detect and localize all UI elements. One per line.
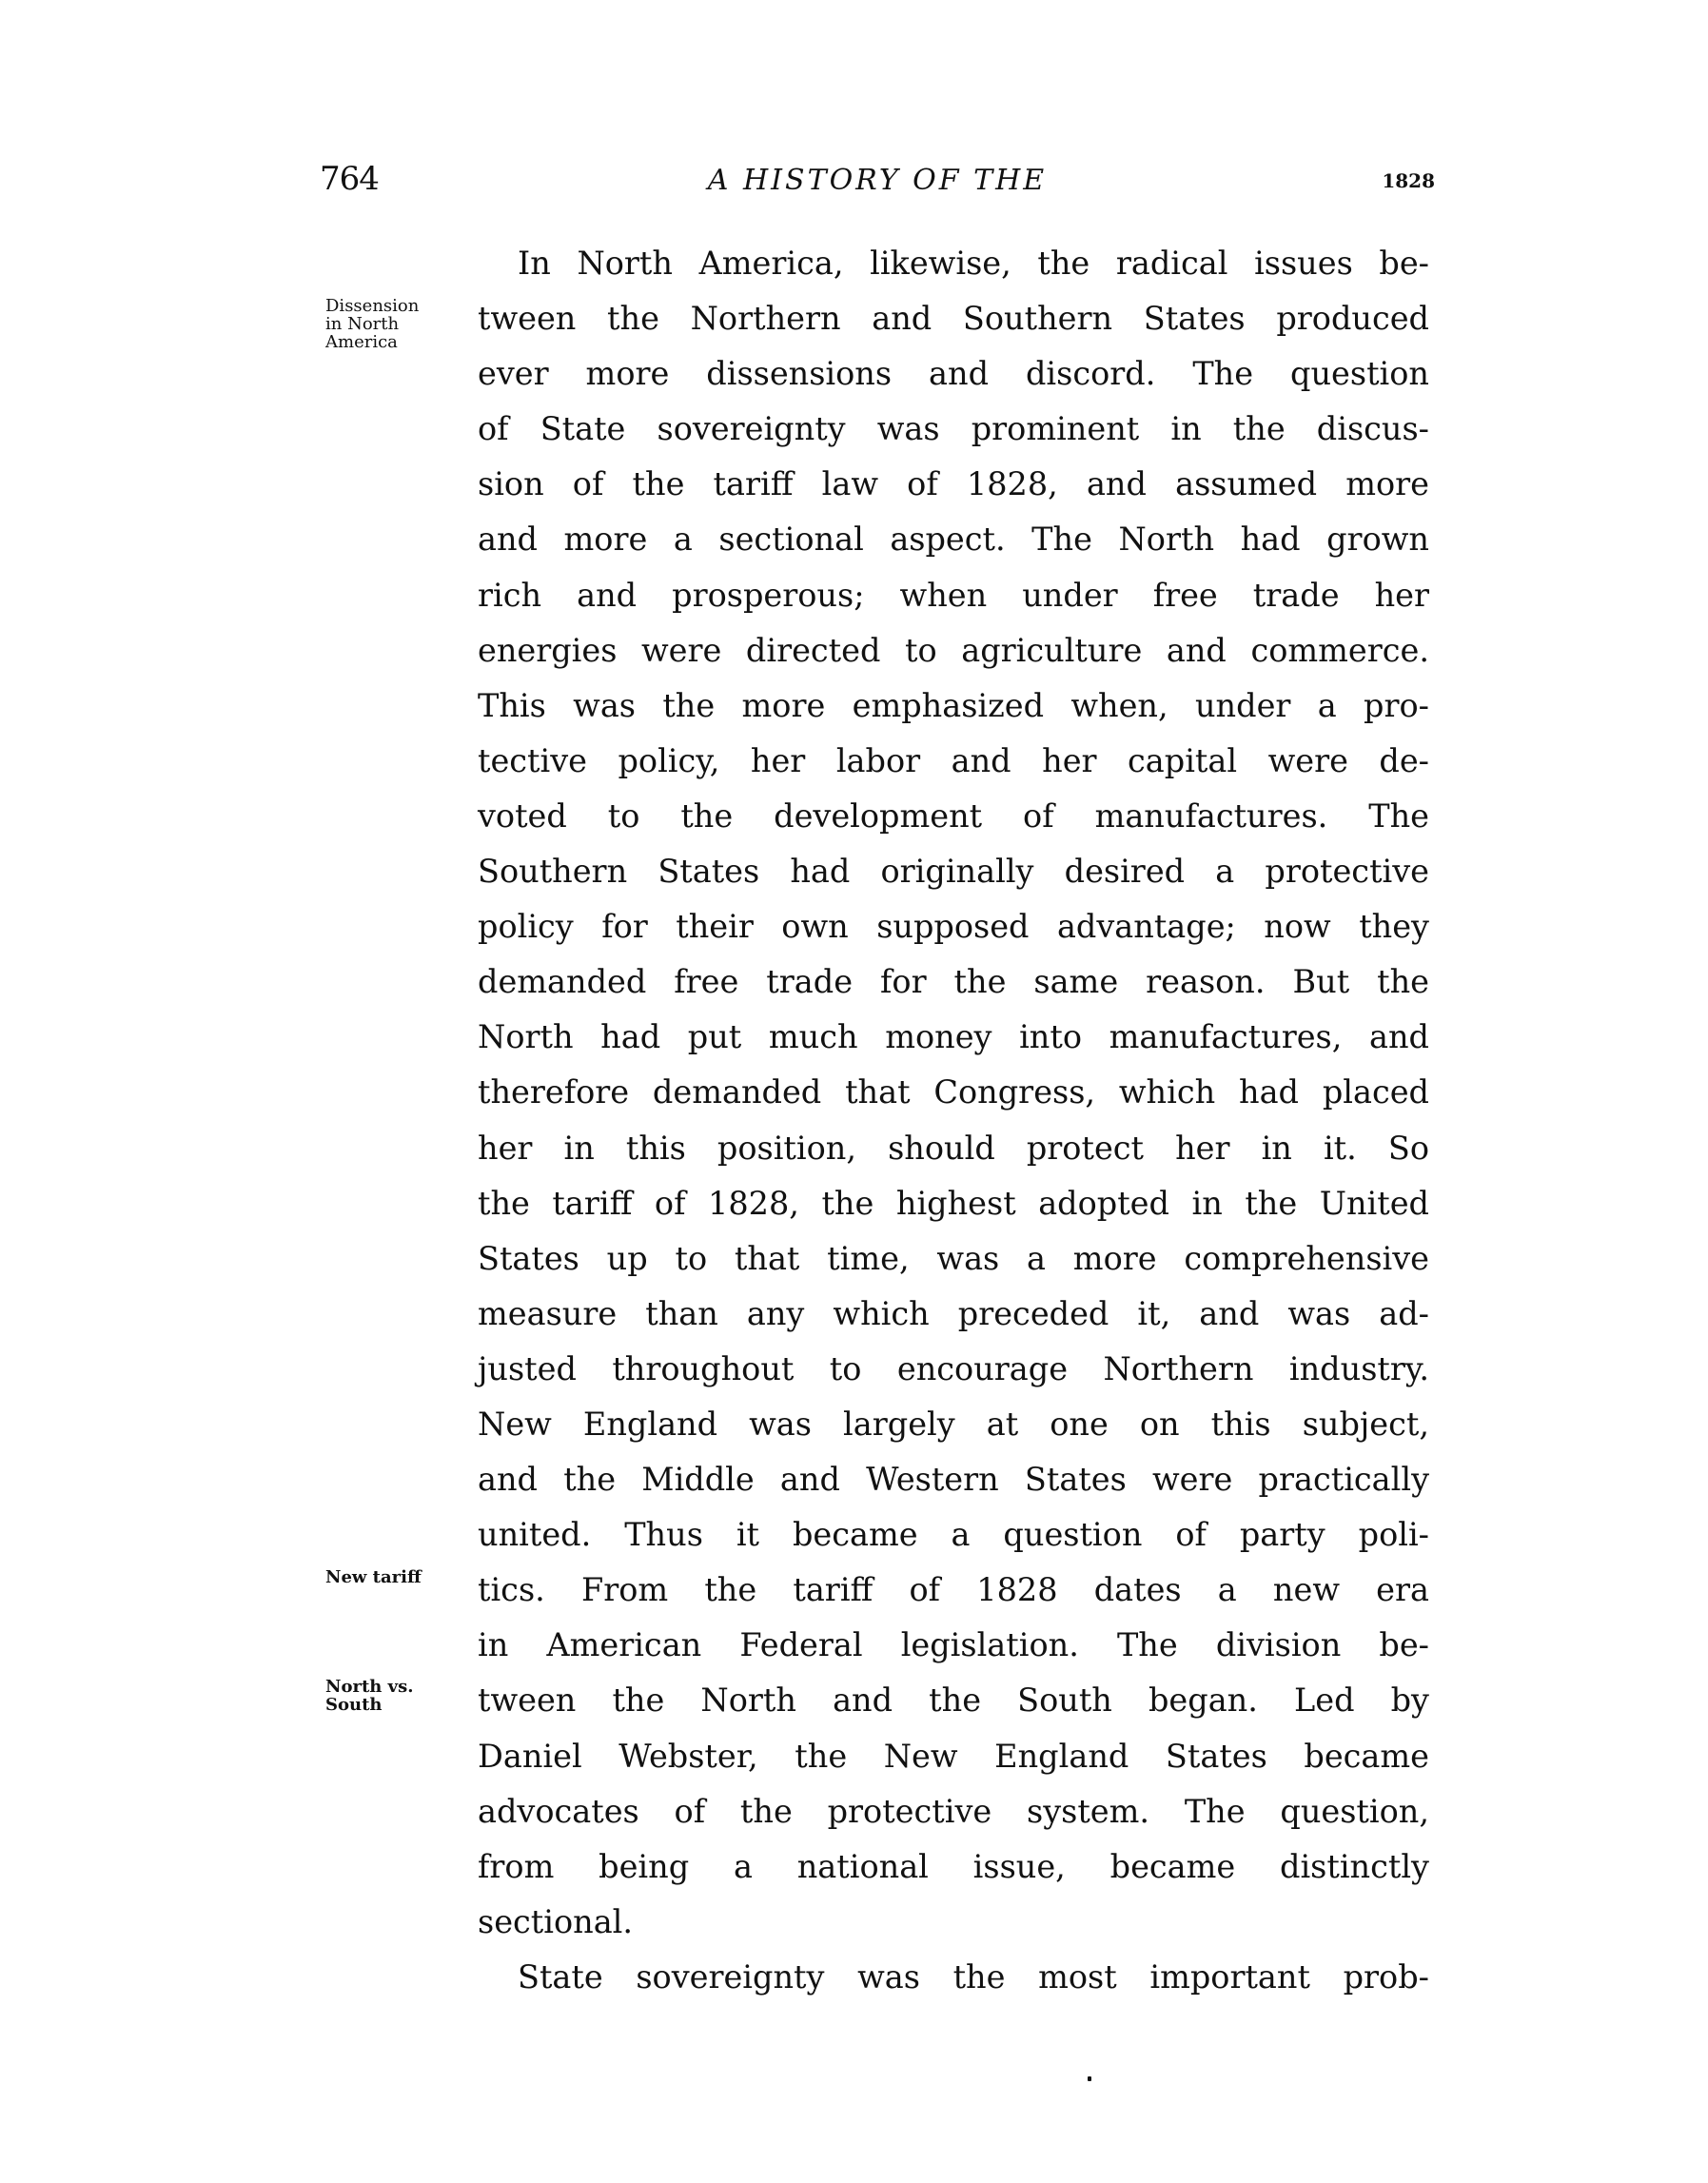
document-page: 764 A HISTORY OF THE 1828 Dissension in …	[0, 0, 1708, 2183]
text-line: united. Thus it became a question of par…	[478, 1507, 1429, 1563]
text-line: in American Federal legislation. The div…	[478, 1618, 1429, 1673]
margin-note-line: America	[325, 333, 419, 351]
text-line: States up to that time, was a more compr…	[478, 1231, 1429, 1287]
text-line: advocates of the protective system. The …	[478, 1784, 1429, 1839]
text-line: measure than any which preceded it, and …	[478, 1287, 1429, 1342]
text-line: tics. From the tariff of 1828 dates a ne…	[478, 1563, 1429, 1618]
margin-note-line: Dissension	[325, 297, 419, 315]
text-line: the tariff of 1828, the highest adopted …	[478, 1176, 1429, 1231]
margin-note-line: New tariff	[325, 1568, 422, 1586]
text-line: New England was largely at one on this s…	[478, 1397, 1429, 1452]
text-line: of State sovereignty was prominent in th…	[478, 402, 1429, 457]
text-line: ever more dissensions and discord. The q…	[478, 346, 1429, 402]
text-line: sion of the tariff law of 1828, and assu…	[478, 457, 1429, 512]
text-line: tective policy, her labor and her capita…	[478, 734, 1429, 789]
text-line: North had put much money into manufactur…	[478, 1010, 1429, 1065]
text-line: sectional.	[478, 1895, 1429, 1950]
text-line: tween the North and the South began. Led…	[478, 1673, 1429, 1728]
margin-note-north-vs-south: North vs. South	[325, 1678, 413, 1714]
text-line: Southern States had originally desired a…	[478, 844, 1429, 899]
text-line: therefore demanded that Congress, which …	[478, 1065, 1429, 1120]
text-line: Daniel Webster, the New England States b…	[478, 1729, 1429, 1784]
text-line: energies were directed to agriculture an…	[478, 623, 1429, 678]
print-speck	[1088, 2076, 1091, 2081]
text-line: voted to the development of manufactures…	[478, 789, 1429, 844]
text-line: tween the Northern and Southern States p…	[478, 291, 1429, 346]
text-line: rich and prosperous; when under free tra…	[478, 568, 1429, 623]
text-line: demanded free trade for the same reason.…	[478, 954, 1429, 1010]
margin-note-line: in North	[325, 315, 419, 333]
text-line: policy for their own supposed advantage;…	[478, 899, 1429, 954]
text-line: and more a sectional aspect. The North h…	[478, 512, 1429, 567]
running-title: A HISTORY OF THE	[320, 164, 1435, 197]
text-line: justed throughout to encourage Northern …	[478, 1342, 1429, 1397]
text-line: from being a national issue, became dist…	[478, 1839, 1429, 1895]
text-line: and the Middle and Western States were p…	[478, 1452, 1429, 1507]
text-line: her in this position, should protect her…	[478, 1121, 1429, 1176]
margin-note-line: South	[325, 1696, 413, 1714]
text-line: State sovereignty was the most important…	[478, 1950, 1429, 2005]
text-line: This was the more emphasized when, under…	[478, 678, 1429, 734]
margin-note-dissension: Dissension in North America	[325, 297, 419, 351]
margin-note-new-tariff: New tariff	[325, 1568, 422, 1586]
running-head: 764 A HISTORY OF THE 1828	[320, 160, 1435, 217]
text-line: In North America, likewise, the radical …	[478, 236, 1429, 291]
margin-note-line: North vs.	[325, 1678, 413, 1696]
running-year: 1828	[1382, 169, 1435, 192]
body-text: In North America, likewise, the radical …	[478, 236, 1429, 2005]
